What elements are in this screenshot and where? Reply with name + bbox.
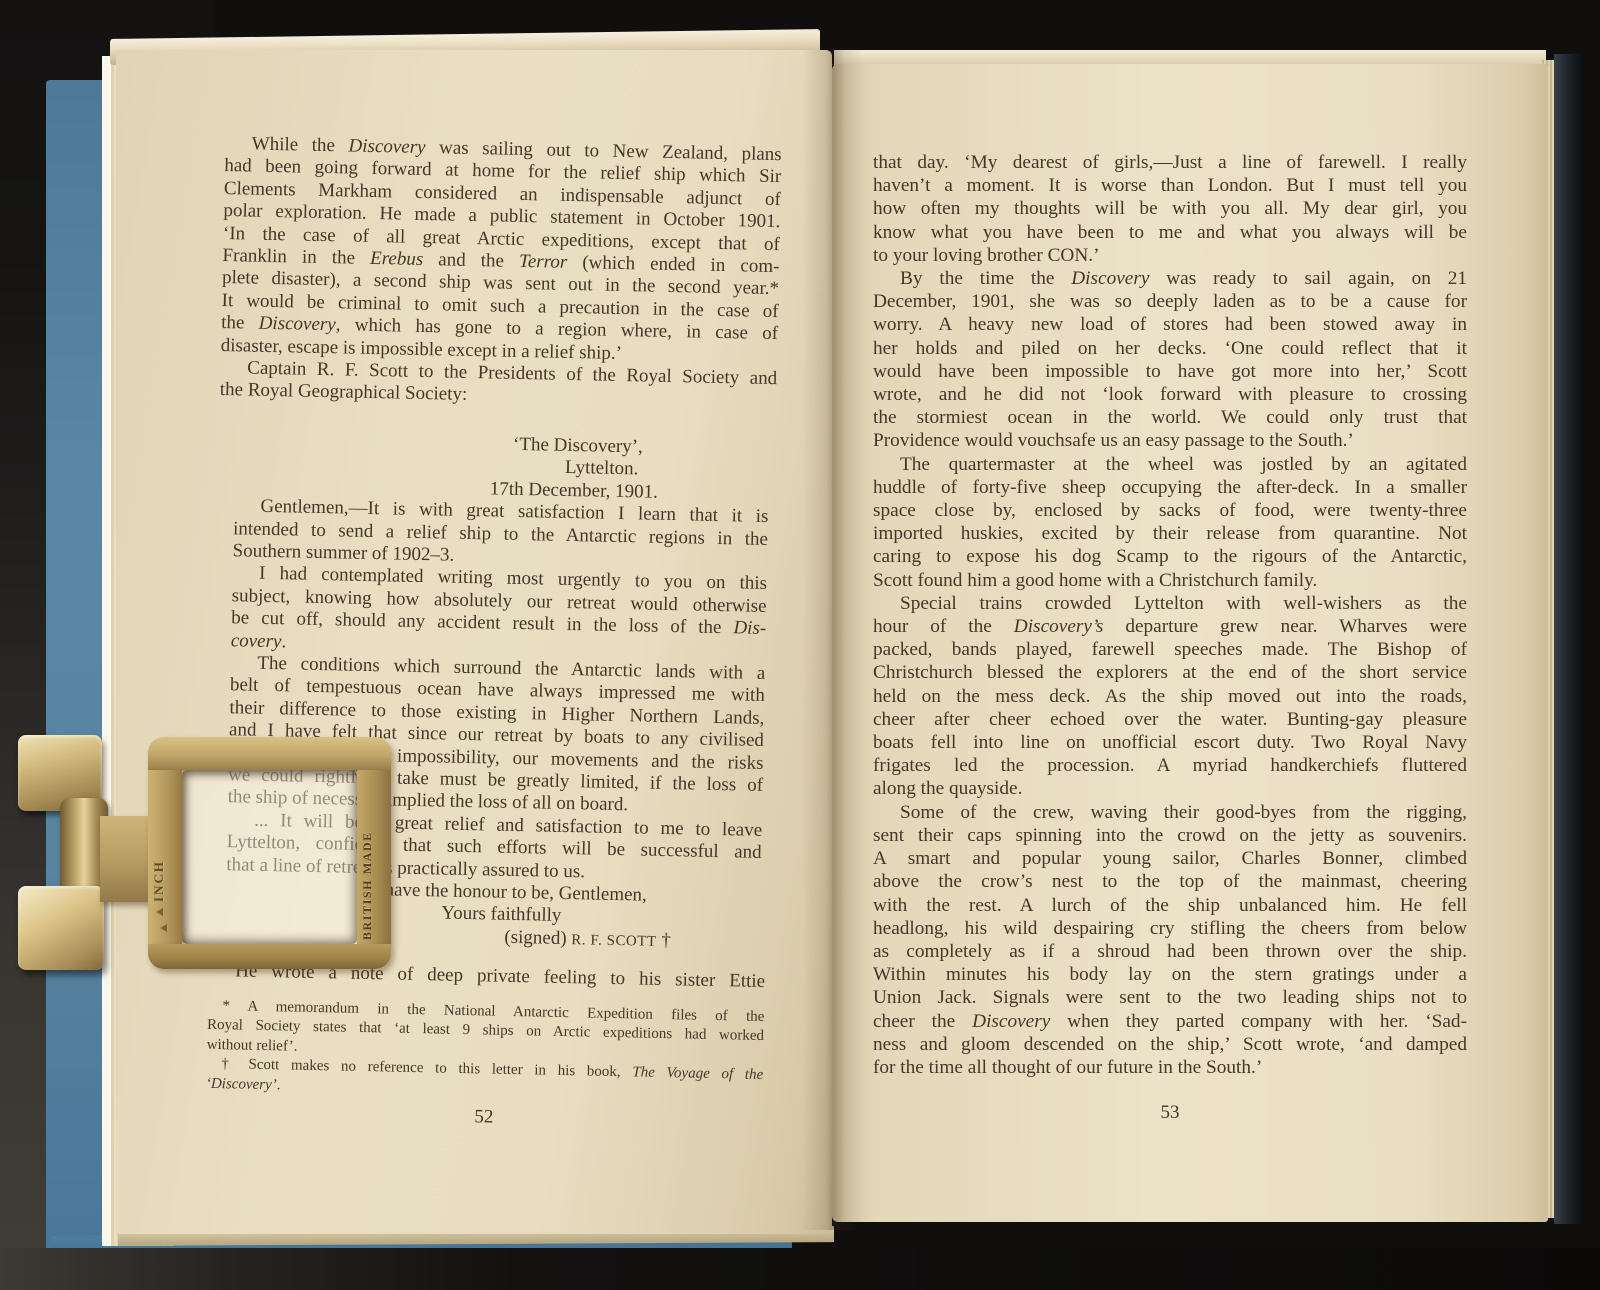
text-line: Special trains crowded Lyttelton with we… [873, 592, 1467, 615]
clip-tick-mark [160, 924, 167, 932]
book-cover-right-edge [1554, 54, 1584, 1224]
text-line: Christchurch blessed the explorers at th… [873, 661, 1467, 684]
text-line: sent their caps spinning into the crowd … [873, 824, 1467, 847]
clip-window [182, 770, 357, 944]
book-photo-scene: 52 While the Discovery was sailing out t… [0, 0, 1600, 1290]
text-line: The quartermaster at the wheel was jostl… [873, 453, 1467, 476]
text-line: A smart and popular young sailor, Charle… [873, 847, 1467, 870]
text-line: imported huskies, excited by their relea… [873, 522, 1467, 545]
text-line: headlong, his wild despairing cry stifli… [873, 917, 1467, 940]
clip-hinge-plate-bottom [18, 886, 104, 970]
text-line: Some of the crew, waving their good-byes… [873, 801, 1467, 824]
right-page-text: 53 that day. ‘My dearest of girls,—Just … [873, 151, 1467, 1079]
text-line: packed, bands played, farewell speeches … [873, 638, 1467, 661]
text-line: haven’t a moment. It is worse than Londo… [873, 174, 1467, 197]
text-block: By the time the Discovery was ready to s… [873, 267, 1467, 453]
text-line: caring to expose his dog Scamp to the ri… [873, 545, 1467, 568]
text-line: frigates led the procession. A myriad ha… [873, 754, 1467, 777]
text-line: that day. ‘My dearest of girls,—Just a l… [873, 151, 1467, 174]
clip-frame-bar-bottom [148, 944, 391, 969]
text-line: hour of the Discovery’s departure grew n… [873, 615, 1467, 638]
text-line: know what you have been to me and what y… [873, 221, 1467, 244]
clip-frame-bar-top [148, 737, 391, 770]
text-line: Scott found him a good home with a Chris… [873, 569, 1467, 592]
text-block: ‘The Discovery’,Lyttelton.17th December,… [218, 428, 776, 506]
text-line: boats fell into line on unofficial escor… [873, 731, 1467, 754]
clip-frame [148, 737, 391, 969]
text-block: that day. ‘My dearest of girls,—Just a l… [873, 151, 1467, 267]
text-line: held on the mess deck. As the ship moved… [873, 685, 1467, 708]
text-block: The quartermaster at the wheel was jostl… [873, 453, 1467, 592]
text-line: cheer the Discovery when they parted com… [873, 1010, 1467, 1033]
text-line: cheer after cheer echoed over the water.… [873, 708, 1467, 731]
text-block: Some of the crew, waving their good-byes… [873, 801, 1467, 1079]
text-line: Within minutes his body lay on the stern… [873, 963, 1467, 986]
text-line: the stormiest ocean in the world. We cou… [873, 406, 1467, 429]
text-block: Gentlemen,—It is with great satisfaction… [232, 495, 768, 573]
clip-inch-label: INCH [151, 830, 167, 902]
text-line: worry. A heavy new load of stores had be… [873, 313, 1467, 336]
text-block: Special trains crowded Lyttelton with we… [873, 592, 1467, 801]
right-page-number: 53 [873, 1101, 1467, 1124]
text-line: ness and gloom descended on the ship,’ S… [873, 1033, 1467, 1056]
text-line: By the time the Discovery was ready to s… [873, 267, 1467, 290]
text-block: While the Discovery was sailing out to N… [221, 133, 782, 368]
text-line: for the time all thought of our future i… [873, 1056, 1467, 1079]
text-line: her holds and piled on her decks. ‘One c… [873, 337, 1467, 360]
text-line: above the crow’s nest to the top of the … [873, 870, 1467, 893]
text-line: space close by, enclosed by sacks of foo… [873, 499, 1467, 522]
clip-british-made-label: BRITISH MADE [360, 768, 375, 940]
clip-tick-mark [156, 908, 163, 916]
book-gutter-shadow [802, 50, 862, 1230]
text-block: I had contemplated writing most urgently… [231, 563, 768, 663]
text-line: would have been impossible to have got m… [873, 360, 1467, 383]
text-line: December, 1901, she was so deeply laden … [873, 290, 1467, 313]
text-line: as completely as if a shroud had been th… [873, 940, 1467, 963]
text-line: to your loving brother CON.’ [873, 244, 1467, 267]
text-line: Providence would vouchsafe us an easy pa… [873, 429, 1467, 452]
text-line: wrote, and he did not ‘look forward with… [873, 383, 1467, 406]
text-line: along the quayside. [873, 777, 1467, 800]
text-line: Union Jack. Signals were sent to the two… [873, 986, 1467, 1009]
text-line: huddle of forty-five sheep occupying the… [873, 476, 1467, 499]
text-line: how often my thoughts will be with you a… [873, 197, 1467, 220]
text-line: with the rest. A lurch of the ship unbal… [873, 894, 1467, 917]
table-surface-bottom [0, 1248, 1600, 1290]
